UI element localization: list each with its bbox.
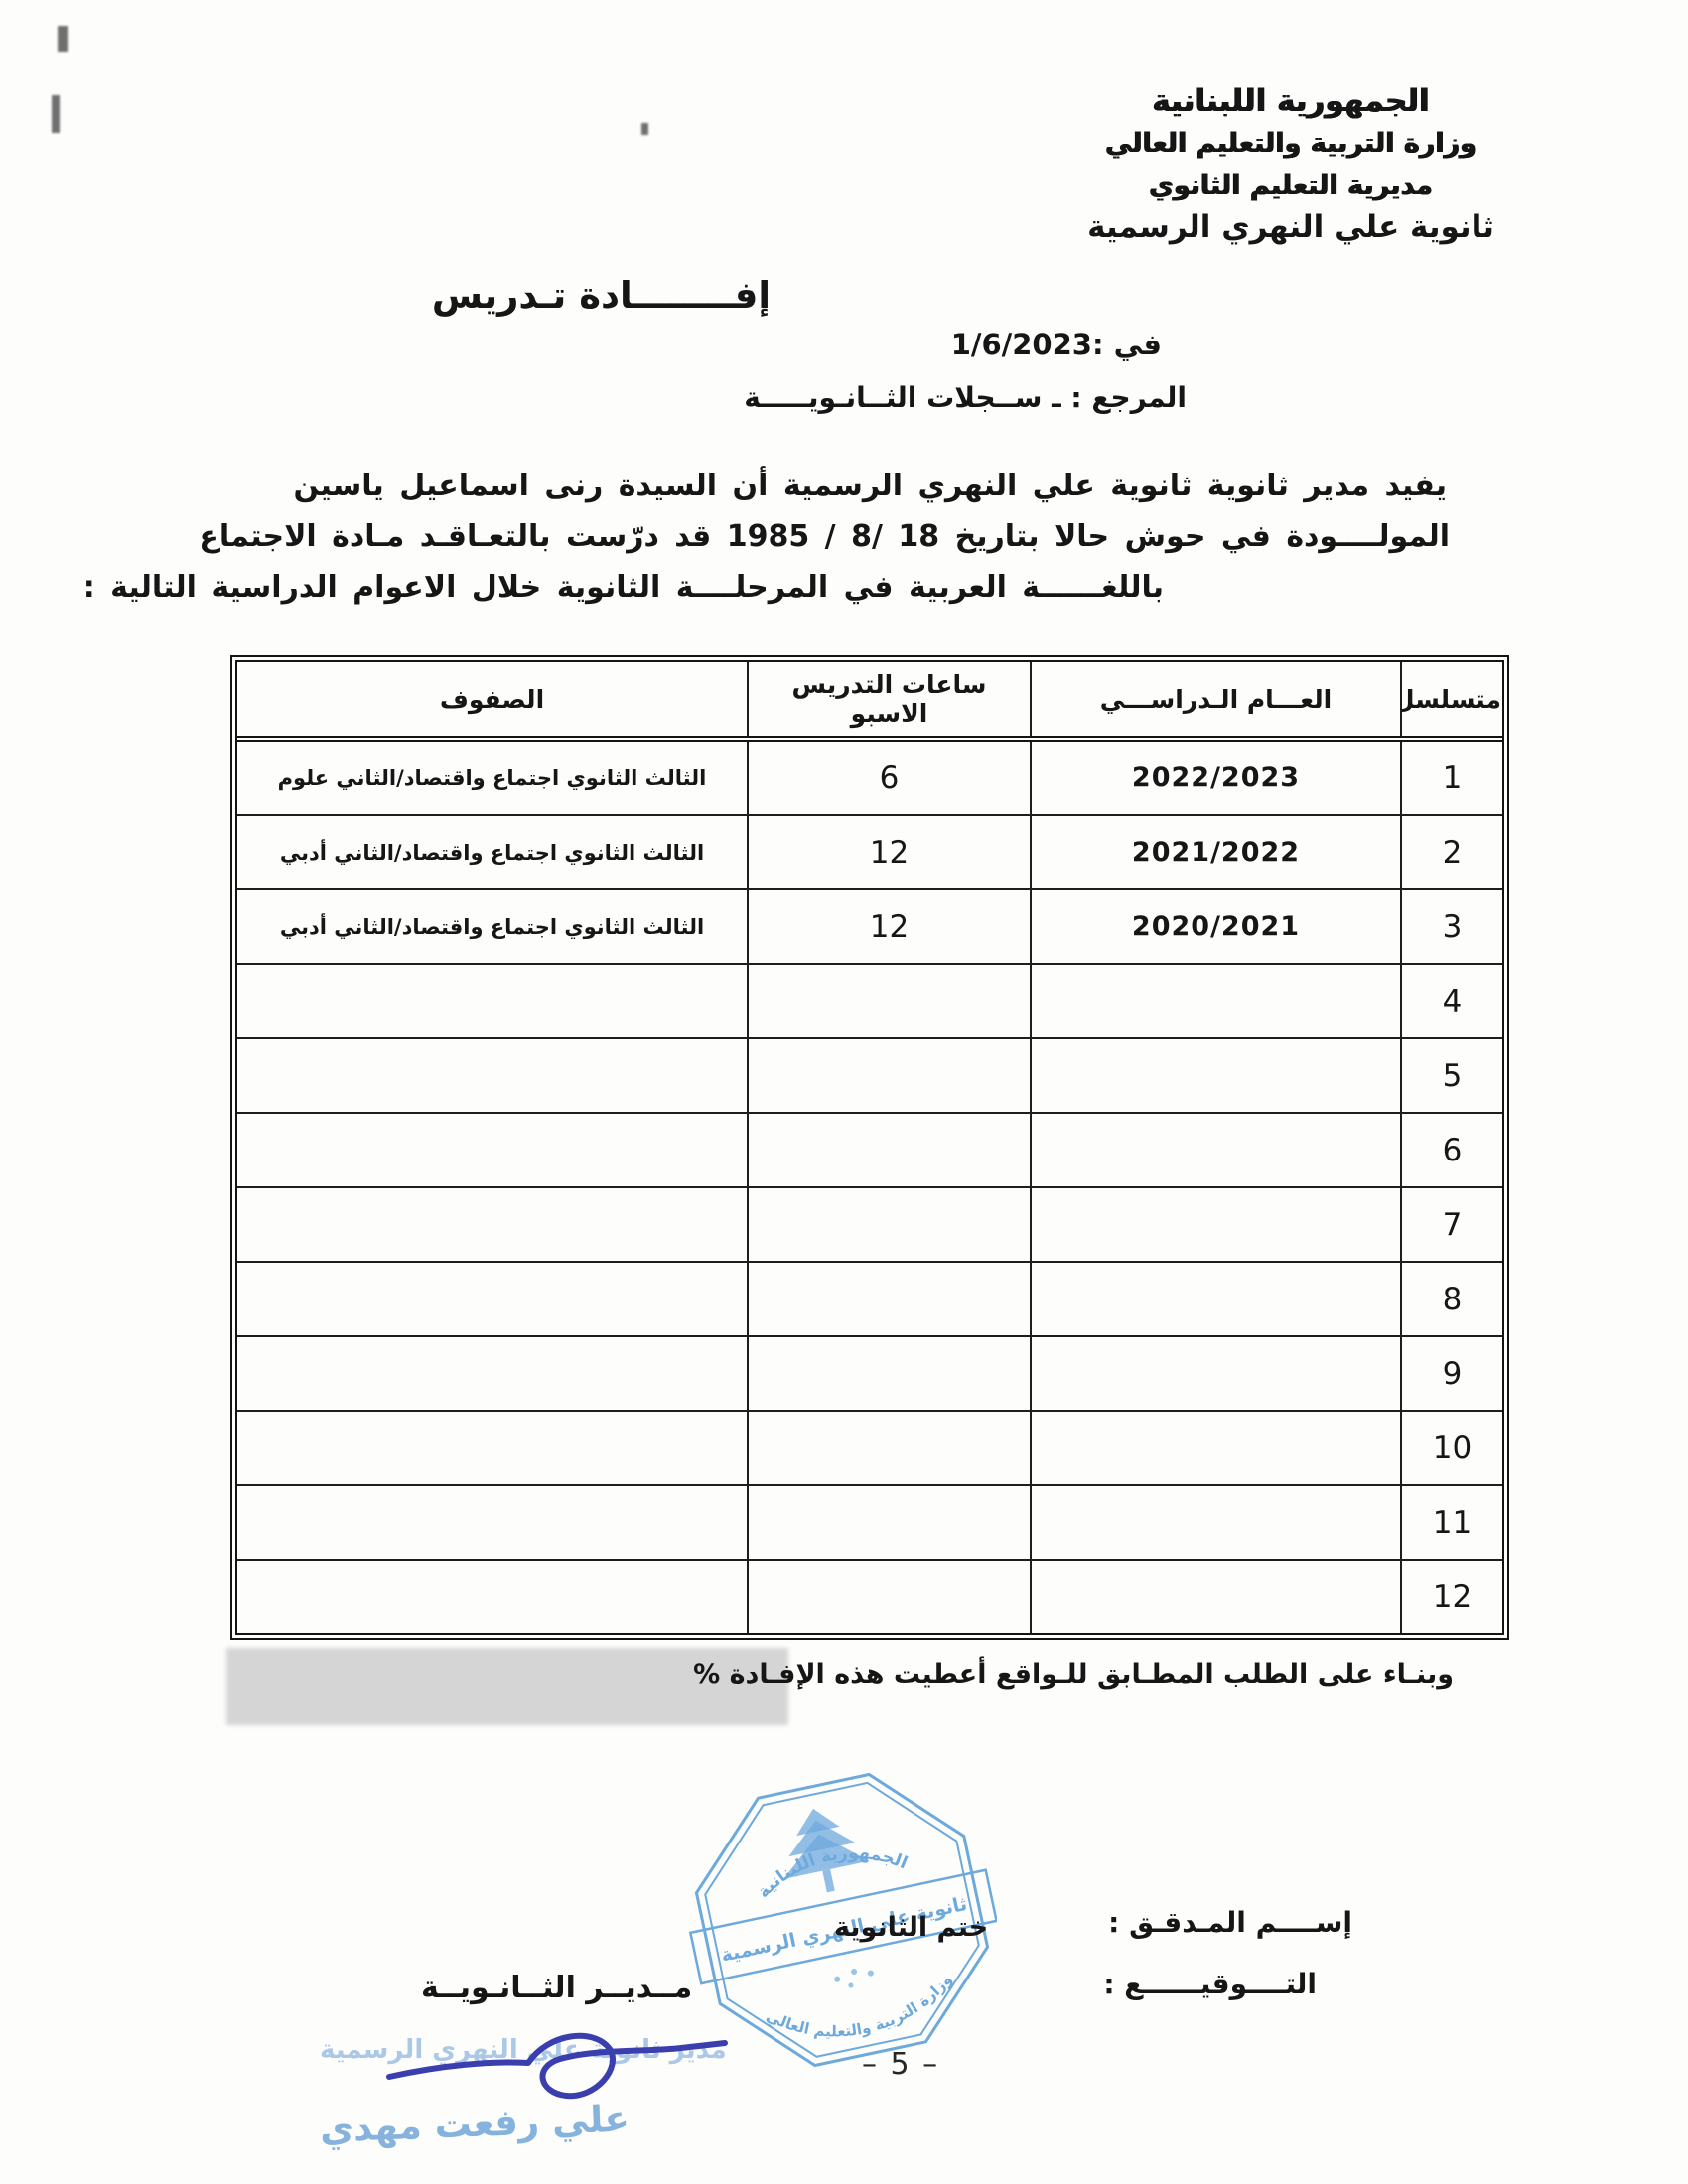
cell-year [1031, 1187, 1401, 1262]
cell-hours: 6 [748, 739, 1031, 815]
table-row: 5 [237, 1038, 1502, 1113]
table-row: 7 [237, 1187, 1502, 1262]
cell-year: 2020/2021 [1031, 889, 1401, 964]
table-row: 11 [237, 1485, 1502, 1560]
cell-classes [237, 1187, 748, 1262]
letterhead-republic: الجمهورية اللبنانية [1072, 83, 1509, 119]
cell-serial: 12 [1401, 1560, 1502, 1633]
table-row: 9 [237, 1336, 1502, 1411]
cell-year [1031, 1485, 1401, 1560]
svg-text:وزارة التربية والتعليم العالي: وزارة التربية والتعليم العالي [760, 1969, 962, 2058]
cell-serial: 4 [1401, 964, 1502, 1038]
table-row: 1 2022/2023 6 الثالث الثانوي اجتماع واقت… [237, 739, 1502, 815]
cell-serial: 10 [1401, 1411, 1502, 1485]
certificate-note: وبنـاء على الطلب المطـابق للـواقع أعطيت … [693, 1659, 1454, 1690]
cell-serial: 5 [1401, 1038, 1502, 1113]
cell-classes [237, 1262, 748, 1336]
auditor-name-label: إســــم المـدقـق : [1108, 1906, 1352, 1939]
cell-serial: 9 [1401, 1336, 1502, 1411]
cell-year [1031, 1336, 1401, 1411]
document-title: إفــــــــادة تـدريس [532, 274, 771, 317]
scan-artifact [58, 26, 68, 52]
table-row: 2 2021/2022 12 الثالث الثانوي اجتماع واق… [237, 815, 1502, 889]
letterhead-directorate: مديرية التعليم الثانوي [1072, 170, 1509, 201]
scanned-teaching-certificate: الجمهورية اللبنانية وزارة التربية والتعل… [0, 0, 1688, 2184]
cell-serial: 11 [1401, 1485, 1502, 1560]
cell-classes [237, 1411, 748, 1485]
body-line-3: باللغــــــة العربية في المرحلــــة الثا… [83, 570, 1164, 605]
cell-serial: 1 [1401, 739, 1502, 815]
letterhead-ministry: وزارة التربية والتعليم العالي [1072, 128, 1509, 159]
cell-classes [237, 964, 748, 1038]
cell-hours [748, 1336, 1031, 1411]
date-line: في :1/6/2023 [951, 328, 1162, 361]
page-number: – 5 – [862, 2047, 939, 2082]
signature-label: التــــوقيــــــع : [1103, 1968, 1317, 2000]
cell-year [1031, 964, 1401, 1038]
scan-artifact [52, 95, 60, 133]
header-serial: متسلسل [1401, 662, 1502, 739]
header-classes: الصفوف [237, 662, 748, 739]
header-year: العـــام الـدراســـي [1031, 662, 1401, 739]
director-signature-icon [383, 2019, 733, 2115]
cell-classes [237, 1336, 748, 1411]
cell-classes [237, 1560, 748, 1633]
cell-serial: 7 [1401, 1187, 1502, 1262]
cell-classes [237, 1113, 748, 1187]
table-header-row: متسلسل العـــام الـدراســـي ساعات التدري… [237, 662, 1502, 739]
cell-hours [748, 1560, 1031, 1633]
cell-classes: الثالث الثانوي اجتماع واقتصاد/الثاني علو… [237, 739, 748, 815]
cell-year [1031, 1560, 1401, 1633]
cell-hours [748, 964, 1031, 1038]
cell-year: 2021/2022 [1031, 815, 1401, 889]
cell-year: 2022/2023 [1031, 739, 1401, 815]
cell-hours [748, 1411, 1031, 1485]
director-title-label: مــديــر الثــانـويــة [421, 1971, 692, 2005]
cell-serial: 3 [1401, 889, 1502, 964]
cell-classes: الثالث الثانوي اجتماع واقتصاد/الثاني أدب… [237, 815, 748, 889]
body-line-2: المولــــودة في حوش حالا بتاريخ 18 /8 / … [199, 519, 1450, 554]
table-row: 6 [237, 1113, 1502, 1187]
cell-hours [748, 1038, 1031, 1113]
table-row: 8 [237, 1262, 1502, 1336]
table-row: 12 [237, 1560, 1502, 1633]
teaching-years-table: متسلسل العـــام الـدراســـي ساعات التدري… [230, 655, 1509, 1640]
letterhead-school-name: ثانوية علي النهري الرسمية [1072, 209, 1509, 245]
school-stamp-caption: ختم الثانوية [834, 1912, 988, 1943]
table-row: 4 [237, 964, 1502, 1038]
body-line-1: يفيد مدير ثانوية ثانوية علي النهري الرسم… [294, 469, 1447, 503]
cell-serial: 2 [1401, 815, 1502, 889]
cell-hours [748, 1187, 1031, 1262]
cell-serial: 6 [1401, 1113, 1502, 1187]
cell-hours [748, 1262, 1031, 1336]
letterhead: الجمهورية اللبنانية وزارة التربية والتعل… [1072, 83, 1509, 245]
cell-year [1031, 1262, 1401, 1336]
cell-classes [237, 1038, 748, 1113]
table-row: 10 [237, 1411, 1502, 1485]
cell-year [1031, 1113, 1401, 1187]
reference-line: المرجع : ـ ســجلات الثــانـويـــــة [744, 381, 1187, 414]
cell-classes [237, 1485, 748, 1560]
scan-artifact [641, 123, 648, 135]
cell-hours [748, 1485, 1031, 1560]
cell-hours: 12 [748, 889, 1031, 964]
cell-classes: الثالث الثانوي اجتماع واقتصاد/الثاني أدب… [237, 889, 748, 964]
cell-year [1031, 1038, 1401, 1113]
cell-hours: 12 [748, 815, 1031, 889]
stamp-arc-bottom-text: وزارة التربية والتعليم العالي [760, 1969, 962, 2058]
cell-year [1031, 1411, 1401, 1485]
cell-hours [748, 1113, 1031, 1187]
header-hours: ساعات التدريس الاسبو [748, 662, 1031, 739]
table-row: 3 2020/2021 12 الثالث الثانوي اجتماع واق… [237, 889, 1502, 964]
cell-serial: 8 [1401, 1262, 1502, 1336]
